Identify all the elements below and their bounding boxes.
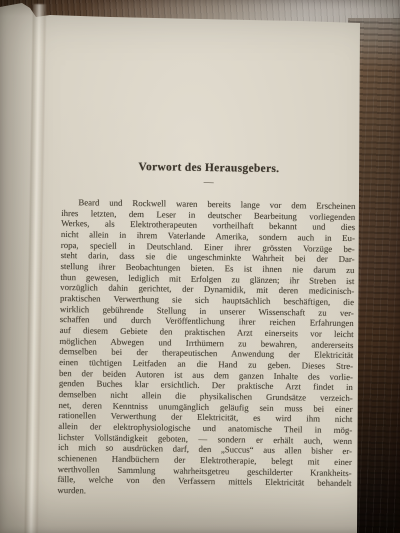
- book-photo: Vorwort des Herausgebers. — Beard und Ro…: [0, 0, 400, 533]
- page-content: Vorwort des Herausgebers. — Beard und Ro…: [57, 160, 356, 500]
- preface-paragraph: Beard und Rockwell waren bereits lange v…: [57, 197, 355, 500]
- section-divider: —: [62, 177, 356, 189]
